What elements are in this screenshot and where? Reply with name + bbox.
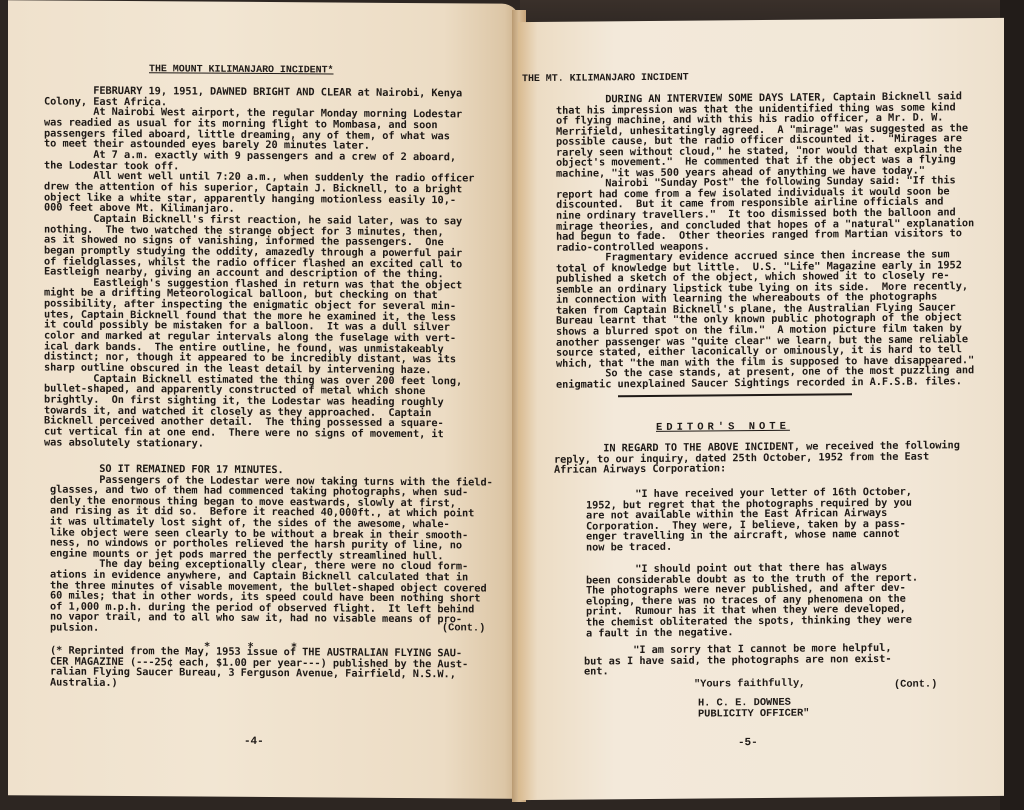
running-head: THE MT. KILIMANJARO INCIDENT [522,74,689,86]
article-continuation: DURING AN INTERVIEW SOME DAYS LATER, Cap… [556,91,974,390]
divider-rule [618,393,852,397]
editors-note-heading: EDITOR'S NOTE [656,422,790,434]
page-number: -4- [244,737,264,748]
letter-paragraph-1: "I have received your letter of 16th Oct… [586,487,912,553]
continued-label: (Cont.) [442,623,485,634]
letter-paragraph-3: "I am sorry that I cannot be more helpfu… [584,643,891,677]
signature-title: PUBLICITY OFFICER" [698,709,809,721]
article-body-part1: FEBRUARY 19, 1951, DAWNED BRIGHT AND CLE… [44,85,474,450]
article-title: THE MOUNT KILIMANJARO INCIDENT* [149,65,333,77]
article-body-part2: SO IT REMAINED FOR 17 MINUTES. Passenger… [50,464,493,637]
continued-label: (Cont.) [894,679,937,690]
page-number: -5- [738,738,758,749]
left-page: THE MOUNT KILIMANJARO INCIDENT* FEBRUARY… [8,0,520,799]
right-page: THE MT. KILIMANJARO INCIDENT DURING AN I… [518,18,1004,800]
letter-closing: "Yours faithfully, [694,679,805,691]
editors-note-intro: IN REGARD TO THE ABOVE INCIDENT, we rece… [554,440,960,475]
footnote: (* Reprinted from the May, 1953 issue of… [50,646,468,691]
letter-paragraph-2: "I should point out that there has alway… [586,562,918,639]
